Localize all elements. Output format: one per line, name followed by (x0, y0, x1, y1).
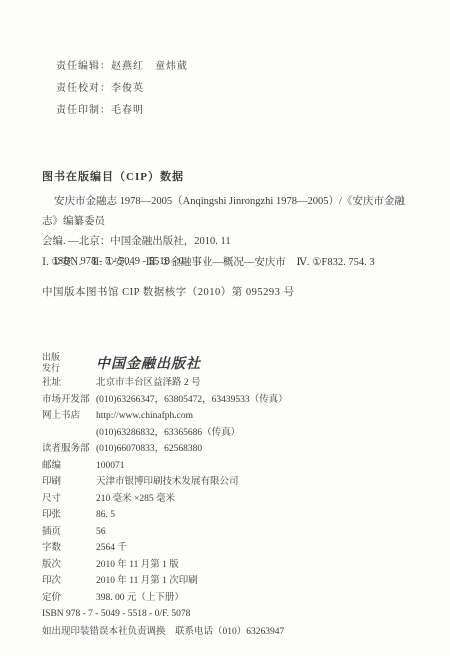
row-label: 网上书店 (42, 408, 96, 425)
staff-label: 责任编辑： (56, 61, 111, 72)
row-value: (010)63286832，63365686（传真） (96, 425, 422, 442)
row-label: 读者服务部 (42, 441, 96, 458)
row-value: (010)66070833，62568380 (96, 441, 422, 458)
row-label: 市场开发部 (42, 392, 96, 409)
row-label: 字数 (42, 540, 96, 557)
publish-label: 出版 (42, 352, 96, 363)
row-value: 天津市银博印刷技术发展有限公司 (96, 474, 422, 491)
colophon-block: 出版 发行 中国金融出版社 社址北京市丰台区益泽路 2 号 市场开发部(010)… (42, 352, 422, 641)
row-value: 2564 千 (96, 540, 422, 557)
book-colophon-page: 责任编辑：赵燕红 童炜葳 责任校对：李俊英 责任印制：毛春明 图书在版编目（CI… (0, 0, 450, 656)
row-value: 2010 年 11 月第 1 次印刷 (96, 573, 422, 590)
row-value: http://www.chinafph.com (96, 408, 422, 425)
colophon-row: 定价398. 00 元（上下册） (42, 590, 422, 607)
row-label: 印刷 (42, 474, 96, 491)
staff-value: 李俊英 (111, 83, 144, 94)
row-label: 尺寸 (42, 491, 96, 508)
colophon-row: 社址北京市丰台区益泽路 2 号 (42, 375, 422, 392)
colophon-row: 读者服务部(010)66070833，62568380 (42, 441, 422, 458)
colophon-row: 网上书店http://www.chinafph.com (42, 408, 422, 425)
colophon-row: 印刷天津市银博印刷技术发展有限公司 (42, 474, 422, 491)
errata-notice: 如出现印装错误本社负责调换 联系电话（010）63263947 (42, 623, 422, 641)
staff-block: 责任编辑：赵燕红 童炜葳 责任校对：李俊英 责任印制：毛春明 (56, 56, 188, 122)
colophon-row: 印次2010 年 11 月第 1 次印刷 (42, 573, 422, 590)
row-value: 北京市丰台区益泽路 2 号 (96, 375, 422, 392)
row-label: 版次 (42, 557, 96, 574)
colophon-row: 尺寸210 毫米 ×285 毫米 (42, 491, 422, 508)
colophon-row: 字数2564 千 (42, 540, 422, 557)
cip-title-line1: 安庆市金融志 1978—2005（Anqingshi Jinrongzhi 19… (42, 192, 414, 232)
publisher-row: 出版 发行 中国金融出版社 (42, 352, 422, 374)
row-label: 插页 (42, 524, 96, 541)
colophon-row: 版次2010 年 11 月第 1 版 (42, 557, 422, 574)
cip-heading: 图书在版编目（CIP）数据 (42, 168, 184, 184)
row-value: 56 (96, 524, 422, 541)
staff-label: 责任校对： (56, 83, 111, 94)
publisher-labels: 出版 发行 (42, 352, 96, 374)
staff-value: 赵燕红 童炜葳 (111, 61, 188, 72)
publisher-logo-text: 中国金融出版社 (96, 353, 201, 373)
row-value: 398. 00 元（上下册） (96, 590, 422, 607)
row-label: 印张 (42, 507, 96, 524)
row-value: 210 毫米 ×285 毫米 (96, 491, 422, 508)
staff-line: 责任编辑：赵燕红 童炜葳 (56, 56, 188, 78)
row-value: 86. 5 (96, 507, 422, 524)
row-label: 社址 (42, 375, 96, 392)
row-label: 印次 (42, 573, 96, 590)
row-value: 2010 年 11 月第 1 版 (96, 557, 422, 574)
colophon-row: 市场开发部(010)63266347，63805472，63439533（传真） (42, 392, 422, 409)
staff-label: 责任印制： (56, 105, 111, 116)
colophon-row: 邮编100071 (42, 458, 422, 475)
staff-value: 毛春明 (111, 105, 144, 116)
distribute-label: 发行 (42, 363, 96, 374)
colophon-row: 印张86. 5 (42, 507, 422, 524)
staff-line: 责任印制：毛春明 (56, 100, 188, 122)
row-label: 邮编 (42, 458, 96, 475)
row-value: (010)63266347，63805472，63439533（传真） (96, 392, 422, 409)
cip-record-number: 中国版本图书馆 CIP 数据核字（2010）第 095293 号 (42, 284, 294, 299)
colophon-row: 插页56 (42, 524, 422, 541)
row-label: 定价 (42, 590, 96, 607)
row-value: 100071 (96, 458, 422, 475)
row-label (42, 425, 96, 442)
cip-title-line2: 会编. —北京：中国金融出版社，2010. 11 (42, 232, 414, 252)
isbn-full-line: ISBN 978 - 7 - 5049 - 5518 - 0/F. 5078 (42, 606, 422, 623)
cip-classification: Ⅰ. ①安… Ⅱ. ①安… Ⅲ. ①金融事业—概况—安庆市 Ⅳ. ①F832. … (42, 254, 375, 269)
staff-line: 责任校对：李俊英 (56, 78, 188, 100)
colophon-row: (010)63286832，63365686（传真） (42, 425, 422, 442)
